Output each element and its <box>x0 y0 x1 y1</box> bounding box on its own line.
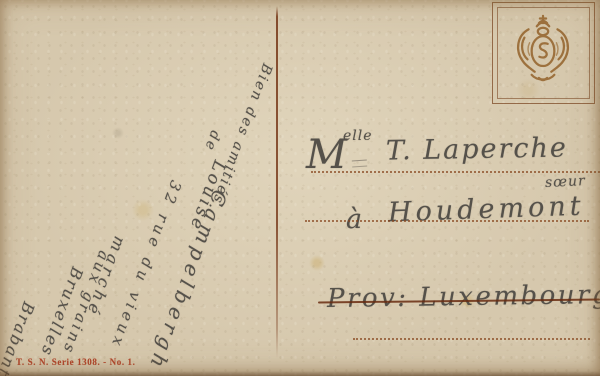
card-bottom-edge-shadow <box>0 371 600 376</box>
recipient-name: T. Laperche <box>386 132 568 166</box>
address-ruled-line-2 <box>305 220 589 222</box>
location-name: Houdemont <box>388 191 586 229</box>
address-ruled-line-4 <box>353 338 590 340</box>
postcard-back: M elle T. Laperche sœur à Houdemont Prov… <box>0 0 600 376</box>
recipient-annotation: sœur <box>545 173 587 191</box>
address-ruled-line-1 <box>311 171 600 173</box>
superscript-underline-mark <box>352 159 367 167</box>
stamp-box <box>492 2 595 104</box>
message-line: de <box>201 128 223 153</box>
publisher-crest-emblem-icon <box>512 13 574 85</box>
publisher-imprint: T. S. N. Serie 1308. - No. 1. <box>16 357 135 367</box>
address-title-superscript: elle <box>343 128 373 144</box>
divider-line <box>276 6 278 358</box>
region-name: Prov: Luxembourg <box>327 280 600 314</box>
